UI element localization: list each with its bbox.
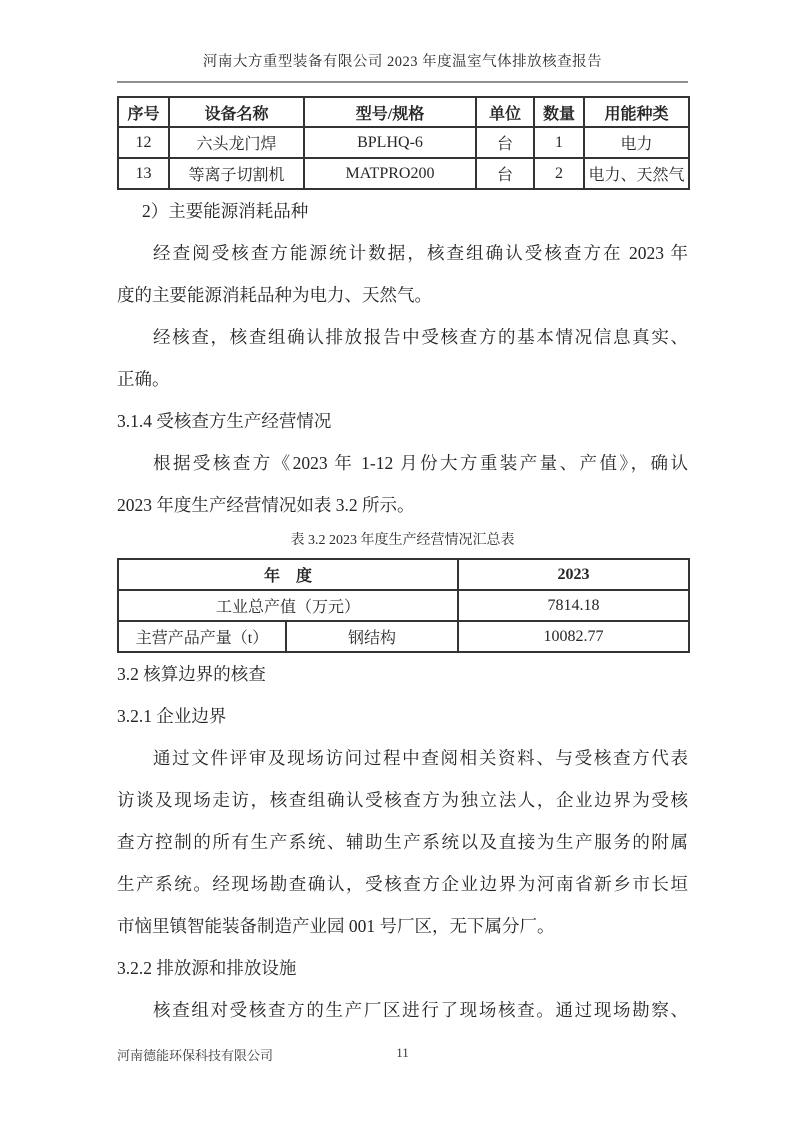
text-line: 2023 年度生产经营情况如表 3.2 所示。: [117, 484, 688, 526]
cell-equipment-name: 等离子切割机: [169, 158, 304, 189]
cell-product-label: 主营产品产量（t）: [118, 621, 286, 652]
heading-3-2-2: 3.2.2 排放源和排放设施: [117, 947, 688, 989]
paragraph-site-verification: 核查组对受核查方的生产厂区进行了现场核查。通过现场勘察、: [117, 989, 688, 1031]
col-equipment-name: 设备名称: [169, 97, 304, 127]
cell-unit: 台: [476, 158, 534, 189]
equipment-table-row: 12 六头龙门焊 BPLHQ-6 台 1 电力: [118, 127, 689, 158]
page-content: 河南大方重型装备有限公司 2023 年度温室气体排放核查报告 序号 设备名称 型…: [117, 0, 688, 1031]
text-line: 度的主要能源消耗品种为电力、天然气。: [117, 274, 688, 316]
text-line: 核查组对受核查方的生产厂区进行了现场核查。通过现场勘察、: [117, 989, 688, 1031]
cell-energy-type: 电力、天然气: [584, 158, 689, 189]
report-page: 河南大方重型装备有限公司 2023 年度温室气体排放核查报告 序号 设备名称 型…: [0, 0, 800, 1131]
text-line: 市恼里镇智能装备制造产业园 001 号厂区，无下属分厂。: [117, 905, 688, 947]
equipment-table: 序号 设备名称 型号/规格 单位 数量 用能种类 12 六头龙门焊 BPLHQ-…: [117, 96, 690, 190]
paragraph-production-situation: 根据受核查方《2023 年 1-12 月份大方重装产量、产值》，确认 2023 …: [117, 442, 688, 526]
production-table-row: 主营产品产量（t） 钢结构 10082.77: [118, 621, 689, 652]
cell-energy-type: 电力: [584, 127, 689, 158]
col-quantity: 数量: [534, 97, 584, 127]
text-line: 正确。: [117, 358, 688, 400]
page-footer: 河南德能环保科技有限公司 11: [117, 1045, 688, 1063]
text-line: 根据受核查方《2023 年 1-12 月份大方重装产量、产值》，确认: [117, 442, 688, 484]
paragraph-enterprise-boundary: 通过文件评审及现场访问过程中查阅相关资料、与受核查方代表 访谈及现场走访，核查组…: [117, 737, 688, 947]
footer-company-name: 河南德能环保科技有限公司: [117, 1045, 273, 1064]
production-table-row: 年 度 2023: [118, 559, 689, 590]
text-line: 经核查，核查组确认排放报告中受核查方的基本情况信息真实、: [117, 316, 688, 358]
cell-product-name: 钢结构: [286, 621, 458, 652]
heading-3-2-1: 3.2.1 企业边界: [117, 695, 688, 737]
cell-model-spec: MATPRO200: [304, 158, 476, 189]
header-divider: [117, 81, 688, 83]
cell-serial-number: 13: [118, 158, 169, 189]
cell-quantity: 2: [534, 158, 584, 189]
cell-quantity: 1: [534, 127, 584, 158]
report-header-title: 河南大方重型装备有限公司 2023 年度温室气体排放核查报告: [117, 0, 688, 72]
production-table-row: 工业总产值（万元） 7814.18: [118, 590, 689, 621]
table-3-2-caption: 表 3.2 2023 年度生产经营情况汇总表: [117, 526, 688, 556]
col-model-spec: 型号/规格: [304, 97, 476, 127]
cell-model-spec: BPLHQ-6: [304, 127, 476, 158]
cell-output-label: 工业总产值（万元）: [118, 590, 458, 621]
text-line: 通过文件评审及现场访问过程中查阅相关资料、与受核查方代表: [117, 737, 688, 779]
equipment-table-row: 13 等离子切割机 MATPRO200 台 2 电力、天然气: [118, 158, 689, 189]
paragraph-energy-consumption: 经查阅受核查方能源统计数据，核查组确认受核查方在 2023 年 度的主要能源消耗…: [117, 232, 688, 316]
text-line: 查方控制的所有生产系统、辅助生产系统以及直接为生产服务的附属: [117, 821, 688, 863]
cell-year-value: 2023: [458, 559, 689, 590]
paragraph-basic-info-confirm: 经核查，核查组确认排放报告中受核查方的基本情况信息真实、 正确。: [117, 316, 688, 400]
text-line: 经查阅受核查方能源统计数据，核查组确认受核查方在 2023 年: [117, 232, 688, 274]
cell-year-label: 年 度: [118, 559, 458, 590]
text-line: 访谈及现场走访，核查组确认受核查方为独立法人，企业边界为受核: [117, 779, 688, 821]
col-unit: 单位: [476, 97, 534, 127]
col-serial-number: 序号: [118, 97, 169, 127]
cell-equipment-name: 六头龙门焊: [169, 127, 304, 158]
cell-product-value: 10082.77: [458, 621, 689, 652]
energy-types-subheading: 2）主要能源消耗品种: [117, 190, 688, 232]
cell-serial-number: 12: [118, 127, 169, 158]
equipment-table-header-row: 序号 设备名称 型号/规格 单位 数量 用能种类: [118, 97, 689, 127]
heading-3-1-4: 3.1.4 受核查方生产经营情况: [117, 400, 688, 442]
cell-unit: 台: [476, 127, 534, 158]
col-energy-type: 用能种类: [584, 97, 689, 127]
production-table: 年 度 2023 工业总产值（万元） 7814.18 主营产品产量（t） 钢结构…: [117, 558, 690, 653]
text-line: 生产系统。经现场勘查确认，受核查方企业边界为河南省新乡市长垣: [117, 863, 688, 905]
page-number: 11: [396, 1045, 409, 1061]
cell-output-value: 7814.18: [458, 590, 689, 621]
heading-3-2: 3.2 核算边界的核查: [117, 653, 688, 695]
